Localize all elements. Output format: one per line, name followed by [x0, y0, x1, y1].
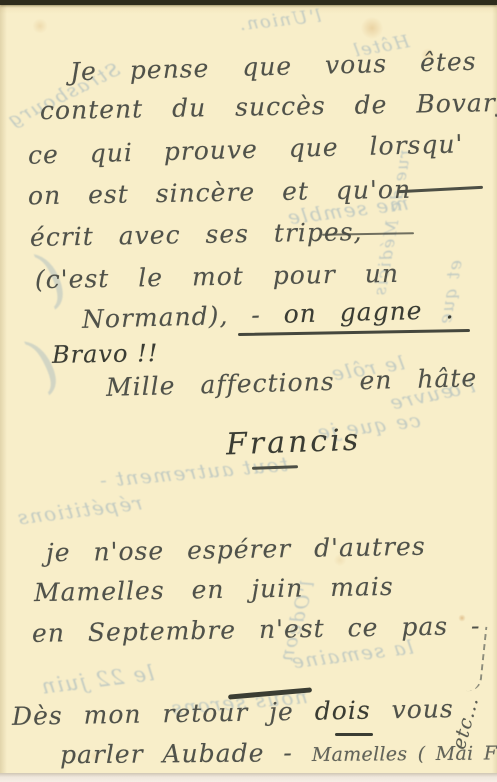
handwritten-line: Normand), - on gagne . — [82, 295, 455, 334]
handwritten-letter-scan: Strasbourg l'Union. Hôtel rue de Médicis… — [0, 0, 497, 782]
handwritten-line: Bravo !! — [52, 339, 159, 369]
handwritten-line: (c'est le mot pour un — [35, 259, 399, 294]
handwritten-line: je n'ose espérer d'autres — [46, 532, 426, 568]
bleedthrough-fragment: l'Union. — [237, 6, 322, 36]
line-text: vous — [370, 694, 454, 724]
handwritten-line: Je pense que vous êtes — [70, 47, 477, 87]
line-text: Normand), - — [82, 300, 284, 334]
scan-top-edge — [0, 0, 497, 5]
line-text: . — [422, 295, 455, 325]
handwritten-line: Mamelles en juin mais — [34, 572, 394, 607]
line-text: parler Aubade - — [60, 738, 312, 769]
underlined-word: dois — [315, 696, 371, 726]
underline-stroke — [335, 733, 373, 736]
underline-stroke — [238, 329, 470, 336]
handwritten-line: content du succès de Bovary — [40, 88, 497, 125]
line-text-small: Mamelles ( Mai Florentin — [312, 742, 497, 766]
bleedthrough-fragment: répétitions — [15, 490, 144, 529]
scan-bottom-edge — [0, 773, 497, 782]
handwritten-line: écrit avec ses tripes, — [30, 217, 363, 252]
bleedthrough-fragment: le 22 juin — [39, 661, 156, 699]
handwritten-line: parler Aubade - Mamelles ( Mai Florentin — [60, 736, 497, 769]
handwritten-line: Dès mon retour je dois vous — [12, 694, 454, 731]
signature: Francis — [225, 423, 361, 463]
underlined-words: on gagne — [283, 296, 423, 329]
line-text: Dès mon retour je — [12, 697, 315, 731]
handwritten-line: en Septembre n'est ce pas - — [32, 611, 481, 648]
